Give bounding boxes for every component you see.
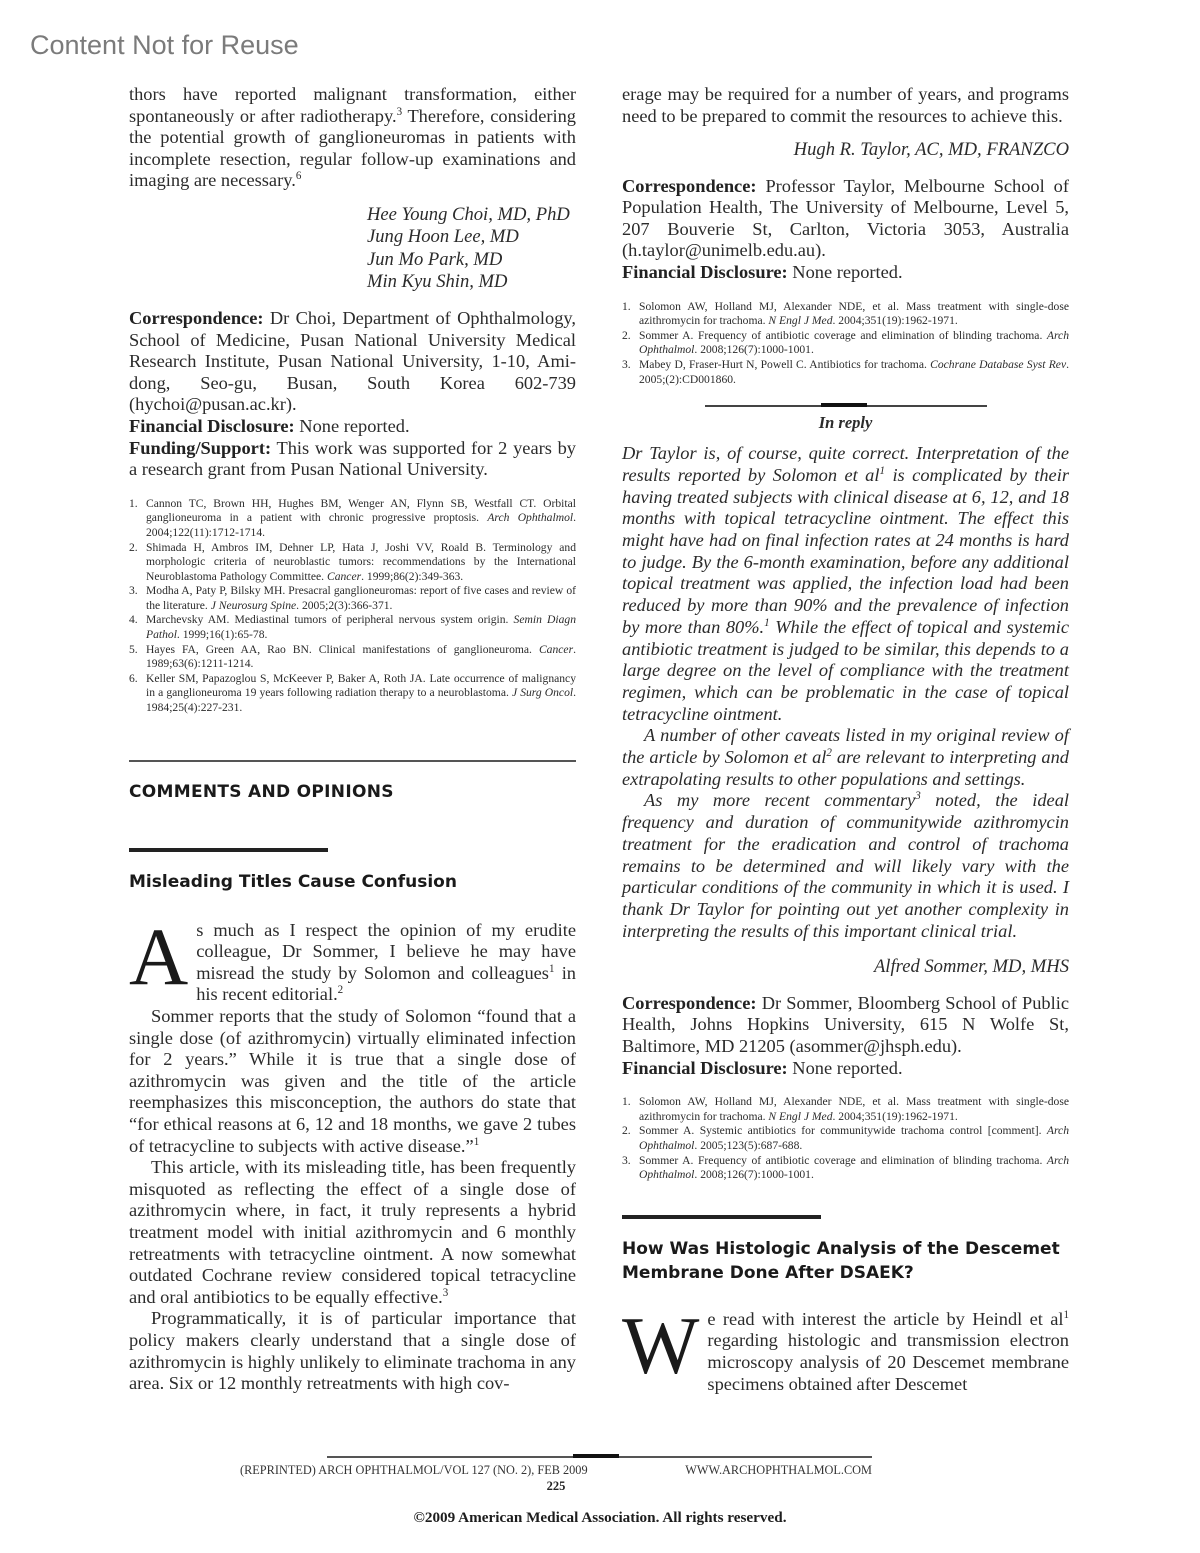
reference-item: 3.Modha A, Paty P, Bilsky MH. Presacral … — [129, 584, 576, 613]
page-footer: (REPRINTED) ARCH OPHTHALMOL/VOL 127 (NO.… — [240, 1456, 872, 1494]
title-rule — [622, 1215, 821, 1219]
paragraph: Sommer reports that the study of Solomon… — [129, 1006, 576, 1157]
title-rule — [129, 848, 328, 852]
reference-item: 1.Solomon AW, Holland MJ, Alexander NDE,… — [622, 1095, 1069, 1124]
article-body: W e read with interest the article by He… — [622, 1309, 1069, 1395]
author-name: Min Kyu Shin, MD — [367, 271, 576, 294]
reference-item: 6.Keller SM, Papazoglou S, McKeever P, B… — [129, 672, 576, 716]
drop-cap: W — [622, 1315, 699, 1377]
right-column: erage may be required for a number of ye… — [622, 84, 1069, 1395]
author-name: Alfred Sommer, MD, MHS — [622, 956, 1069, 979]
correspondence-block: Correspondence: Professor Taylor, Melbou… — [622, 176, 1069, 284]
in-reply-heading: In reply — [622, 413, 1069, 433]
reference-item: 4.Marchevsky AM. Mediastinal tumors of p… — [129, 613, 576, 642]
author-name: Jung Hoon Lee, MD — [367, 226, 576, 249]
reply-divider — [705, 405, 987, 407]
reference-item: 3.Mabey D, Fraser-Hurt N, Powell C. Anti… — [622, 358, 1069, 387]
paragraph: This article, with its misleading title,… — [129, 1157, 576, 1308]
paragraph: Programmatically, it is of particular im… — [129, 1308, 576, 1394]
continuation-paragraph: erage may be required for a number of ye… — [622, 84, 1069, 127]
article-body: A s much as I respect the opinion of my … — [129, 920, 576, 1395]
left-column: thors have reported malignant transforma… — [129, 84, 576, 1395]
journal-citation: (REPRINTED) ARCH OPHTHALMOL/VOL 127 (NO.… — [240, 1463, 588, 1478]
section-divider — [129, 760, 576, 762]
author-name: Hee Young Choi, MD, PhD — [367, 204, 576, 227]
reference-list: 1.Solomon AW, Holland MJ, Alexander NDE,… — [622, 300, 1069, 388]
paragraph: s much as I respect the opinion of my er… — [129, 920, 576, 1006]
reference-item: 5.Hayes FA, Green AA, Rao BN. Clinical m… — [129, 643, 576, 672]
author-name: Jun Mo Park, MD — [367, 249, 576, 272]
correspondence-block: Correspondence: Dr Choi, Department of O… — [129, 308, 576, 481]
reference-item: 2.Shimada H, Ambros IM, Dehner LP, Hata … — [129, 541, 576, 585]
article-title: Misleading Titles Cause Confusion — [129, 870, 576, 894]
journal-website: WWW.ARCHOPHTHALMOL.COM — [685, 1463, 872, 1478]
watermark: Content Not for Reuse — [30, 30, 299, 61]
reference-list: 1.Solomon AW, Holland MJ, Alexander NDE,… — [622, 1095, 1069, 1183]
reference-item: 3.Sommer A. Frequency of antibiotic cove… — [622, 1154, 1069, 1183]
author-name: Hugh R. Taylor, AC, MD, FRANZCO — [622, 139, 1069, 162]
intro-paragraph: thors have reported malignant transforma… — [129, 84, 576, 192]
reference-item: 1.Solomon AW, Holland MJ, Alexander NDE,… — [622, 300, 1069, 329]
reference-list: 1.Cannon TC, Brown HH, Hughes BM, Wenger… — [129, 497, 576, 716]
footer-rule — [327, 1456, 872, 1458]
paragraph: A number of other caveats listed in my o… — [622, 725, 1069, 790]
reference-item: 1.Cannon TC, Brown HH, Hughes BM, Wenger… — [129, 497, 576, 541]
drop-cap: A — [129, 926, 188, 988]
reference-item: 2.Sommer A. Systemic antibiotics for com… — [622, 1124, 1069, 1153]
section-heading: COMMENTS AND OPINIONS — [129, 782, 576, 802]
reference-item: 2.Sommer A. Frequency of antibiotic cove… — [622, 329, 1069, 358]
paragraph: As my more recent commentary3 noted, the… — [622, 790, 1069, 942]
page-number: 225 — [240, 1479, 872, 1494]
copyright-notice: ©2009 American Medical Association. All … — [0, 1509, 1200, 1527]
paragraph: Dr Taylor is, of course, quite correct. … — [622, 443, 1069, 725]
reply-body: Dr Taylor is, of course, quite correct. … — [622, 443, 1069, 942]
article-title: How Was Histologic Analysis of the Desce… — [622, 1237, 1069, 1285]
author-list: Hee Young Choi, MD, PhD Jung Hoon Lee, M… — [367, 204, 576, 294]
correspondence-block: Correspondence: Dr Sommer, Bloomberg Sch… — [622, 993, 1069, 1079]
